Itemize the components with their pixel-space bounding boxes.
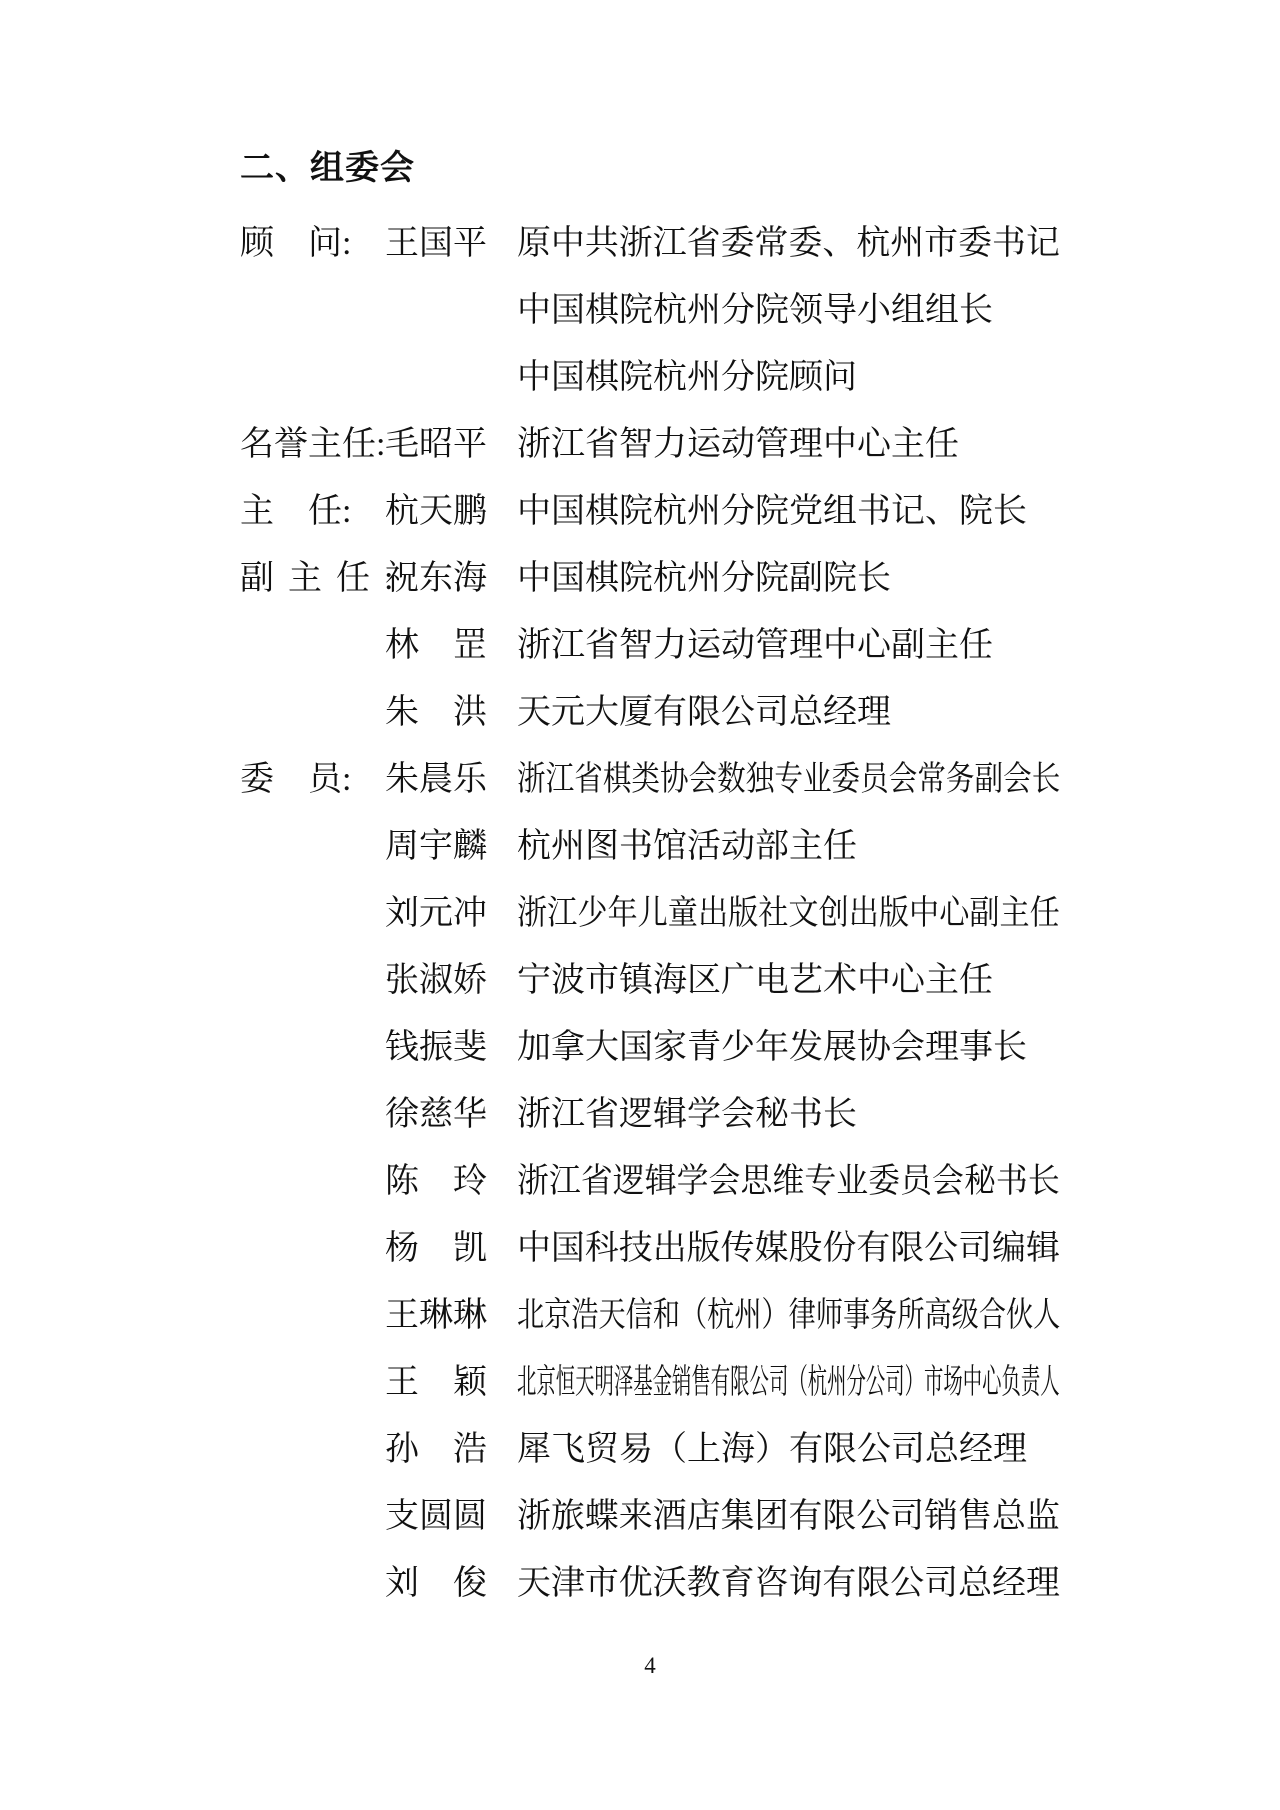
member-title: 浙江省棋类协会数独专业委员会常务副会长 — [517, 751, 1060, 800]
section-heading: 二、组委会 — [240, 148, 415, 188]
member-name: 杭天鹏 — [385, 483, 493, 532]
member-title: 原中共浙江省委常委、杭州市委书记 — [517, 215, 1060, 264]
member-title: 杭州图书馆活动部主任 — [517, 818, 857, 867]
member-title: 中国棋院杭州分院顾问 — [517, 349, 857, 398]
page-number: 4 — [240, 1652, 1060, 1680]
committee-row: 刘 俊 天津市优沃教育咨询有限公司总经理 — [240, 1546, 1090, 1613]
member-name: 周宇麟 — [385, 818, 493, 867]
document-page: 二、组委会 顾 问: 王国平 原中共浙江省委常委、杭州市委书记 中国棋院杭州分院… — [0, 0, 1280, 1810]
member-title: 天元大厦有限公司总经理 — [517, 684, 891, 733]
member-name: 祝东海 — [385, 550, 493, 599]
role-label: 主 任: — [240, 483, 385, 532]
member-title: 浙江省逻辑学会秘书长 — [517, 1086, 857, 1135]
committee-row: 王琳琳 北京浩天信和（杭州）律师事务所高级合伙人 — [240, 1278, 1090, 1345]
member-name: 杨 凯 — [385, 1220, 493, 1269]
committee-row: 刘元冲 浙江少年儿童出版社文创出版中心副主任 — [240, 876, 1090, 943]
member-name: 朱晨乐 — [385, 751, 493, 800]
member-title: 天津市优沃教育咨询有限公司总经理 — [517, 1555, 1060, 1604]
member-title: 犀飞贸易（上海）有限公司总经理 — [517, 1421, 1027, 1470]
member-name: 刘 俊 — [385, 1555, 493, 1604]
role-label: 顾 问: — [240, 215, 385, 264]
member-title: 北京恒天明泽基金销售有限公司（杭州分公司）市场中心负责人 — [517, 1354, 1060, 1403]
member-name: 王国平 — [385, 215, 493, 264]
member-title: 浙江省智力运动管理中心主任 — [517, 416, 959, 465]
member-name: 孙 浩 — [385, 1421, 493, 1470]
committee-row: 支圆圆 浙旅蝶来酒店集团有限公司销售总监 — [240, 1479, 1090, 1546]
committee-list: 顾 问: 王国平 原中共浙江省委常委、杭州市委书记 中国棋院杭州分院领导小组组长… — [240, 206, 1090, 1613]
member-name: 张淑娇 — [385, 952, 493, 1001]
committee-row: 杨 凯 中国科技出版传媒股份有限公司编辑 — [240, 1211, 1090, 1278]
committee-row: 陈 玲 浙江省逻辑学会思维专业委员会秘书长 — [240, 1144, 1090, 1211]
member-name: 林 罡 — [385, 617, 493, 666]
role-label: 副主任: — [240, 550, 385, 599]
member-title: 中国棋院杭州分院党组书记、院长 — [517, 483, 1027, 532]
member-title: 浙江省逻辑学会思维专业委员会秘书长 — [517, 1153, 1060, 1202]
role-label: 委 员: — [240, 751, 385, 800]
member-name: 刘元冲 — [385, 885, 493, 934]
committee-row: 王 颖 北京恒天明泽基金销售有限公司（杭州分公司）市场中心负责人 — [240, 1345, 1090, 1412]
committee-row: 主 任: 杭天鹏 中国棋院杭州分院党组书记、院长 — [240, 474, 1090, 541]
committee-row: 孙 浩 犀飞贸易（上海）有限公司总经理 — [240, 1412, 1090, 1479]
member-title: 北京浩天信和（杭州）律师事务所高级合伙人 — [517, 1287, 1060, 1336]
member-name: 王琳琳 — [385, 1287, 493, 1336]
member-name: 支圆圆 — [385, 1488, 493, 1537]
committee-row: 朱 洪 天元大厦有限公司总经理 — [240, 675, 1090, 742]
committee-row: 钱振斐 加拿大国家青少年发展协会理事长 — [240, 1010, 1090, 1077]
committee-row: 周宇麟 杭州图书馆活动部主任 — [240, 809, 1090, 876]
committee-row: 中国棋院杭州分院顾问 — [240, 340, 1090, 407]
member-title: 加拿大国家青少年发展协会理事长 — [517, 1019, 1027, 1068]
member-name: 钱振斐 — [385, 1019, 493, 1068]
committee-row: 林 罡 浙江省智力运动管理中心副主任 — [240, 608, 1090, 675]
committee-row: 张淑娇 宁波市镇海区广电艺术中心主任 — [240, 943, 1090, 1010]
committee-row: 徐慈华 浙江省逻辑学会秘书长 — [240, 1077, 1090, 1144]
member-title: 宁波市镇海区广电艺术中心主任 — [517, 952, 993, 1001]
committee-row: 名誉主任: 毛昭平 浙江省智力运动管理中心主任 — [240, 407, 1090, 474]
member-name: 徐慈华 — [385, 1086, 493, 1135]
member-name: 毛昭平 — [385, 416, 493, 465]
member-title: 中国科技出版传媒股份有限公司编辑 — [517, 1220, 1060, 1269]
role-label: 名誉主任: — [240, 416, 385, 465]
member-name: 陈 玲 — [385, 1153, 493, 1202]
member-name: 朱 洪 — [385, 684, 493, 733]
member-title: 浙旅蝶来酒店集团有限公司销售总监 — [517, 1488, 1060, 1537]
member-title: 中国棋院杭州分院副院长 — [517, 550, 891, 599]
committee-row: 副主任: 祝东海 中国棋院杭州分院副院长 — [240, 541, 1090, 608]
member-title: 浙江省智力运动管理中心副主任 — [517, 617, 993, 666]
committee-row: 中国棋院杭州分院领导小组组长 — [240, 273, 1090, 340]
committee-row: 顾 问: 王国平 原中共浙江省委常委、杭州市委书记 — [240, 206, 1090, 273]
committee-row: 委 员: 朱晨乐 浙江省棋类协会数独专业委员会常务副会长 — [240, 742, 1090, 809]
member-title: 中国棋院杭州分院领导小组组长 — [517, 282, 993, 331]
member-name: 王 颖 — [385, 1354, 493, 1403]
member-title: 浙江少年儿童出版社文创出版中心副主任 — [517, 885, 1060, 934]
